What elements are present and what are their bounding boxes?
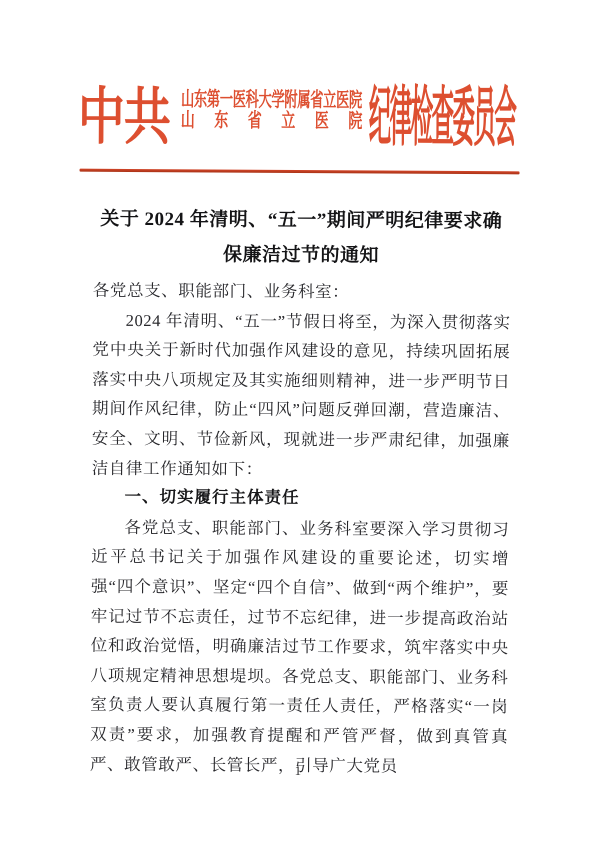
salutation-line: 各党总支、职能部门、业务科室：	[93, 276, 511, 308]
letterhead-committee: 纪律检查委员会	[369, 87, 516, 153]
scanned-notice-page: 中共 山东第一医科大学附属省立医院 山东省立医院 纪律检查委员会 关于 2024…	[0, 0, 600, 847]
letterhead-divider-rule	[80, 169, 520, 175]
letterhead: 中共 山东第一医科大学附属省立医院 山东省立医院 纪律检查委员会	[78, 83, 528, 166]
document-title: 关于 2024 年清明、“五一”期间严明纪律要求确保廉洁过节的通知	[96, 202, 506, 275]
document-body: 各党总支、职能部门、业务科室： 2024 年清明、“五一”节假日将至，为深入贯彻…	[90, 276, 511, 782]
letterhead-org-names: 山东第一医科大学附属省立医院 山东省立医院	[181, 91, 367, 127]
letterhead-org-line2: 山东省立医院	[181, 112, 367, 133]
letterhead-party-prefix: 中共	[78, 88, 170, 151]
paragraph-1: 2024 年清明、“五一”节假日将至，为深入贯彻落实党中央关于新时代加强作风建设…	[92, 305, 511, 485]
letterhead-org-line1: 山东第一医科大学附属省立医院	[181, 91, 358, 112]
paragraph-2: 各党总支、职能部门、业务科室要深入学习贯彻习近平总书记关于加强作风建设的重要论述…	[90, 512, 510, 781]
section-heading-1: 一、切实履行主体责任	[91, 483, 509, 515]
